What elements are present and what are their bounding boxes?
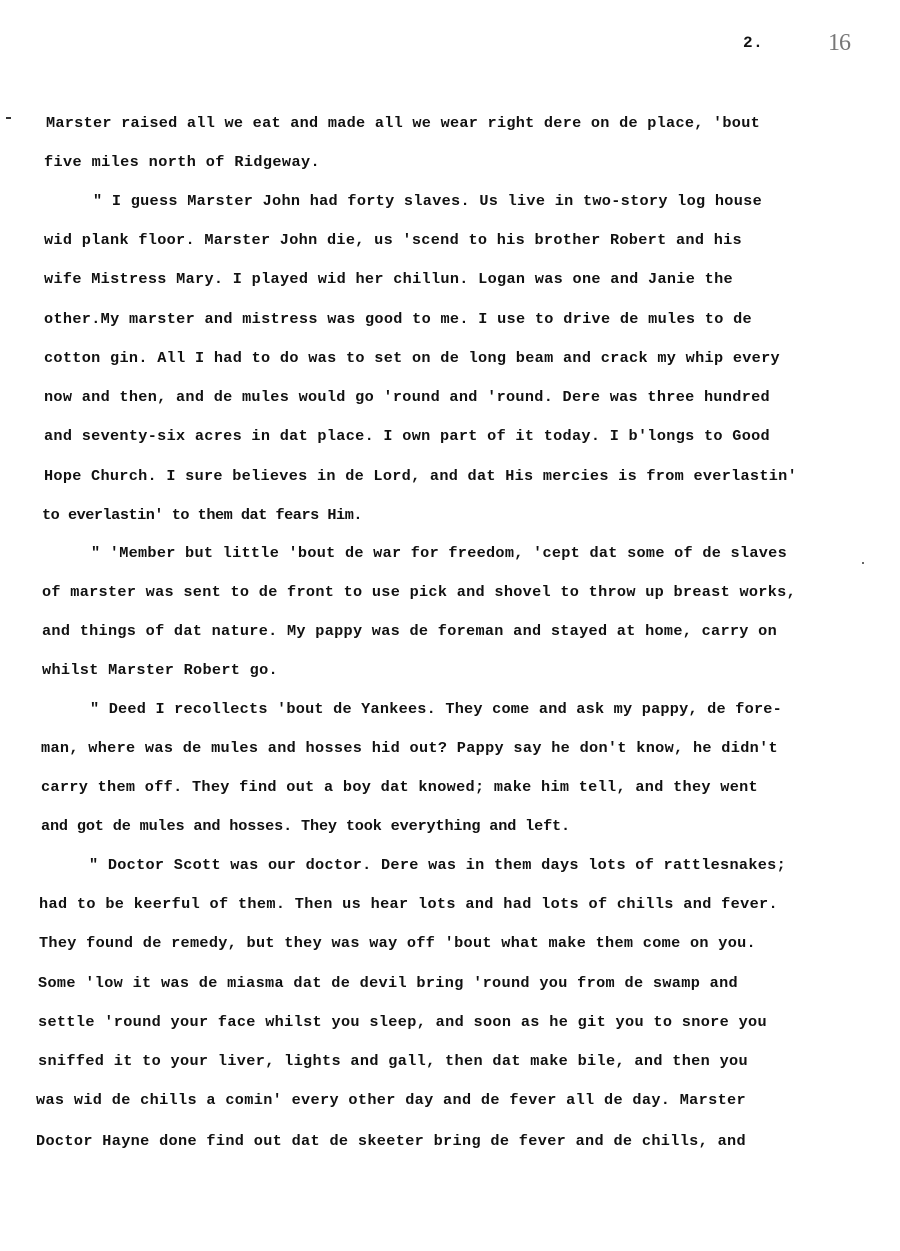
- text-line: to everlastin' to them dat fears Him.: [42, 505, 362, 525]
- text-line: " Deed I recollects 'bout de Yankees. Th…: [90, 699, 782, 719]
- text-line: whilst Marster Robert go.: [42, 660, 278, 680]
- text-line: and seventy-six acres in dat place. I ow…: [44, 426, 770, 446]
- text-line: settle 'round your face whilst you sleep…: [38, 1012, 767, 1032]
- text-line: five miles north of Ridgeway.: [44, 152, 320, 172]
- text-line: sniffed it to your liver, lights and gal…: [38, 1051, 748, 1071]
- text-line: wife Mistress Mary. I played wid her chi…: [44, 269, 733, 289]
- text-line: They found de remedy, but they was way o…: [39, 933, 756, 953]
- text-line: now and then, and de mules would go 'rou…: [44, 387, 770, 407]
- text-line: Marster raised all we eat and made all w…: [46, 113, 760, 133]
- text-line: Doctor Hayne done find out dat de skeete…: [36, 1131, 746, 1151]
- margin-mark: [6, 117, 11, 119]
- text-line: " Doctor Scott was our doctor. Dere was …: [89, 855, 786, 875]
- page-number: 2.: [743, 34, 763, 52]
- document-page: 2. 16 Marster raised all we eat and made…: [0, 0, 900, 1251]
- text-line: had to be keerful of them. Then us hear …: [39, 894, 778, 914]
- text-line: was wid de chills a comin' every other d…: [36, 1090, 746, 1110]
- text-line: Some 'low it was de miasma dat de devil …: [38, 973, 738, 993]
- text-line: Hope Church. I sure believes in de Lord,…: [44, 466, 797, 486]
- text-line: wid plank floor. Marster John die, us 's…: [44, 230, 742, 250]
- text-line: " 'Member but little 'bout de war for fr…: [91, 543, 787, 563]
- text-line: " I guess Marster John had forty slaves.…: [93, 191, 762, 211]
- text-line: man, where was de mules and hosses hid o…: [41, 738, 778, 758]
- text-line: and things of dat nature. My pappy was d…: [42, 621, 777, 641]
- text-line: carry them off. They find out a boy dat …: [41, 777, 758, 797]
- folio-number: 16: [828, 30, 850, 57]
- text-line: cotton gin. All I had to do was to set o…: [44, 348, 780, 368]
- text-line: of marster was sent to de front to use p…: [42, 582, 796, 602]
- stray-mark: [862, 562, 864, 564]
- text-line: and got de mules and hosses. They took e…: [41, 816, 570, 836]
- text-line: other.My marster and mistress was good t…: [44, 309, 752, 329]
